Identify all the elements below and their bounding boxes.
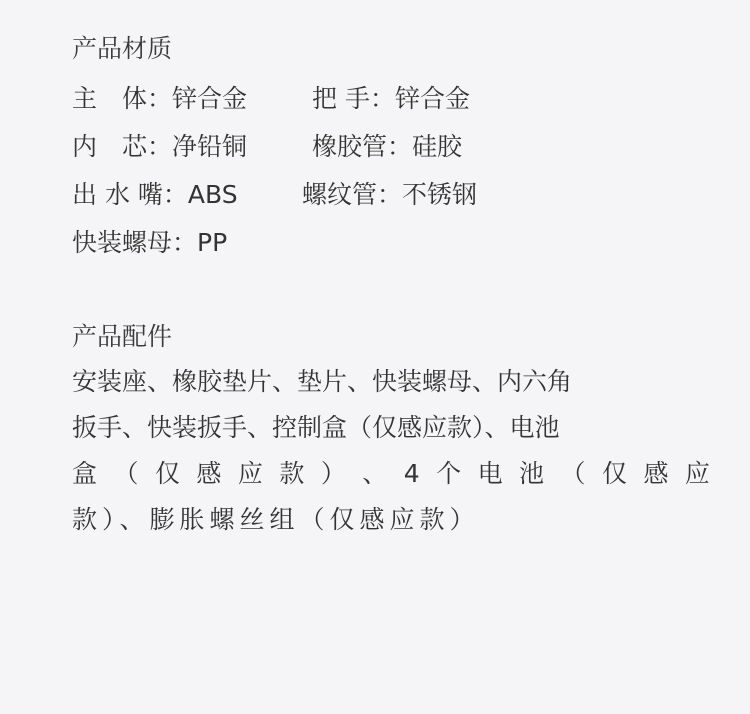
char: 仅 bbox=[155, 451, 180, 497]
material-item: 橡胶管：硅胶 bbox=[312, 123, 462, 171]
separator: ： bbox=[147, 132, 172, 161]
material-item: 把 手：锌合金 bbox=[312, 75, 470, 123]
char: 个 bbox=[436, 451, 461, 497]
product-spec-document: 产品材质 主 体：锌合金 把 手：锌合金 内 芯：净铅铜 橡胶管：硅胶 出 水 … bbox=[72, 29, 712, 543]
material-label: 螺纹管 bbox=[302, 180, 377, 209]
char: 款 bbox=[279, 451, 304, 497]
char: 感 bbox=[196, 451, 221, 497]
accessories-line: 扳手、快装扳手、控制盒（仅感应款）、电池 bbox=[72, 405, 710, 451]
material-row: 主 体：锌合金 把 手：锌合金 bbox=[72, 75, 712, 123]
material-item: 主 体：锌合金 bbox=[72, 75, 247, 123]
material-label: 出 水 嘴 bbox=[72, 180, 163, 209]
char: 池 bbox=[519, 451, 544, 497]
material-item: 内 芯：净铅铜 bbox=[72, 123, 247, 171]
char: （ bbox=[561, 451, 586, 497]
material-label: 橡胶管 bbox=[312, 132, 387, 161]
material-item: 出 水 嘴：ABS bbox=[72, 171, 238, 219]
char: 、 bbox=[362, 451, 387, 497]
separator: ： bbox=[163, 180, 188, 209]
char: 电 bbox=[478, 451, 503, 497]
material-row: 出 水 嘴：ABS 螺纹管：不锈钢 bbox=[72, 171, 712, 219]
char: 感 bbox=[643, 451, 668, 497]
material-item: 螺纹管：不锈钢 bbox=[302, 171, 477, 219]
char: ） bbox=[321, 451, 346, 497]
accessories-line-justified: 盒 （ 仅 感 应 款 ） 、 4 个 电 池 （ 仅 感 应 bbox=[72, 451, 710, 497]
accessories-line-text: 款）、膨胀螺丝组（仅感应款） bbox=[72, 505, 480, 534]
material-value: 硅胶 bbox=[412, 132, 462, 161]
separator: ： bbox=[370, 84, 395, 113]
accessories-section-title: 产品配件 bbox=[72, 317, 712, 357]
material-row: 内 芯：净铅铜 橡胶管：硅胶 bbox=[72, 123, 712, 171]
material-label: 内 芯 bbox=[72, 132, 147, 161]
section-spacer bbox=[72, 267, 712, 317]
char: （ bbox=[113, 451, 138, 497]
material-value: ABS bbox=[188, 180, 238, 209]
material-item: 快装螺母：PP bbox=[72, 219, 227, 267]
separator: ： bbox=[387, 132, 412, 161]
char: 盒 bbox=[72, 451, 97, 497]
separator: ： bbox=[377, 180, 402, 209]
separator: ： bbox=[172, 228, 197, 257]
material-value: 净铅铜 bbox=[172, 132, 247, 161]
char: 应 bbox=[685, 451, 710, 497]
material-value: 锌合金 bbox=[395, 84, 470, 113]
char: 4 bbox=[404, 451, 420, 497]
char: 应 bbox=[238, 451, 263, 497]
material-row: 快装螺母：PP bbox=[72, 219, 712, 267]
accessories-line: 款）、膨胀螺丝组（仅感应款） bbox=[72, 497, 710, 543]
material-label: 把 手 bbox=[312, 84, 370, 113]
material-value: 不锈钢 bbox=[402, 180, 477, 209]
accessories-line: 安装座、橡胶垫片、垫片、快装螺母、内六角 bbox=[72, 359, 710, 405]
char: 仅 bbox=[602, 451, 627, 497]
materials-section-title: 产品材质 bbox=[72, 29, 712, 69]
material-value: PP bbox=[197, 228, 227, 257]
material-label: 快装螺母 bbox=[72, 228, 172, 257]
material-label: 主 体 bbox=[72, 84, 147, 113]
accessories-list: 安装座、橡胶垫片、垫片、快装螺母、内六角 扳手、快装扳手、控制盒（仅感应款）、电… bbox=[72, 359, 710, 543]
separator: ： bbox=[147, 84, 172, 113]
material-value: 锌合金 bbox=[172, 84, 247, 113]
